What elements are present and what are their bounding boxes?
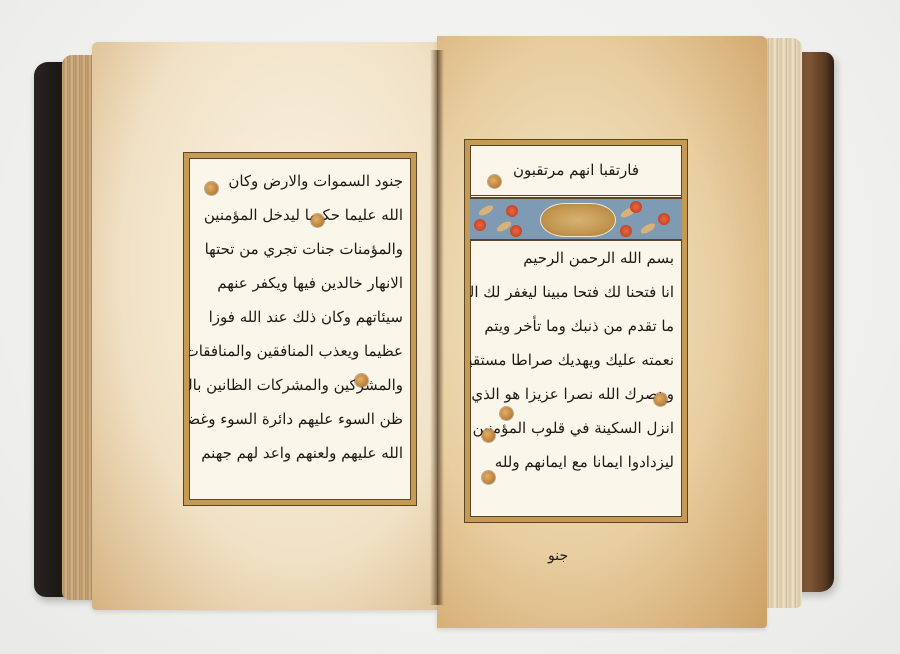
verse-marker-icon — [482, 471, 495, 484]
verse-marker-icon — [205, 182, 218, 195]
flower-ornament — [510, 225, 522, 237]
verse-marker-icon — [654, 393, 667, 406]
verse-marker-icon — [311, 214, 324, 227]
flower-ornament — [620, 225, 632, 237]
flower-ornament — [658, 213, 670, 225]
left-text-block: جنود السموات والارض وكان الله عليما حكيم… — [189, 164, 411, 470]
book-gutter — [430, 50, 444, 605]
text-line: والمشركين والمشركات الظانين بالله — [189, 368, 411, 402]
sura-end-line: فارتقبا انهم مرتقبون — [470, 145, 682, 196]
leaf-ornament — [639, 221, 656, 235]
text-line: عظيما ويعذب المنافقين والمنافقات — [189, 334, 411, 368]
verse-marker-icon — [500, 407, 513, 420]
text-line: ظن السوء عليهم دائرة السوء وغضب — [189, 402, 411, 436]
text-line: الانهار خالدين فيها ويكفر عنهم — [189, 266, 411, 300]
left-text-frame: جنود السموات والارض وكان الله عليما حكيم… — [184, 153, 416, 505]
text-line: والمؤمنات جنات تجري من تحتها — [189, 232, 411, 266]
text-line: انا فتحنا لك فتحا مبينا ليغفر لك الله — [470, 275, 682, 309]
text-line: جنود السموات والارض وكان — [189, 164, 411, 198]
text-line: نعمته عليك ويهديك صراطا مستقيما — [470, 343, 682, 377]
basmala-line: بسم الله الرحمن الرحيم — [470, 241, 682, 275]
text-line: الله عليهم ولعنهم واعد لهم جهنم — [189, 436, 411, 470]
catchword: جنو — [548, 548, 568, 564]
text-line: ما تقدم من ذنبك وما تأخر ويتم — [470, 309, 682, 343]
right-text-frame: فارتقبا انهم مرتقبون بسم الله الرحمن الر… — [465, 140, 687, 522]
flower-ornament — [474, 219, 486, 231]
flower-ornament — [630, 201, 642, 213]
flower-ornament — [506, 205, 518, 217]
leaf-ornament — [477, 203, 494, 217]
verse-marker-icon — [488, 175, 501, 188]
verse-marker-icon — [482, 429, 495, 442]
illuminated-headpiece — [470, 197, 682, 241]
text-line: ليزدادوا ايمانا مع ايمانهم ولله — [470, 445, 682, 479]
text-line: الله عليما حكيما ليدخل المؤمنين — [189, 198, 411, 232]
photo-background: جنود السموات والارض وكان الله عليما حكيم… — [0, 0, 900, 654]
gold-cartouche — [540, 203, 616, 237]
text-line: سيئاتهم وكان ذلك عند الله فوزا — [189, 300, 411, 334]
right-text-block: بسم الله الرحمن الرحيم انا فتحنا لك فتحا… — [470, 241, 682, 479]
text-line: وينصرك الله نصرا عزيزا هو الذي — [470, 377, 682, 411]
verse-marker-icon — [355, 374, 368, 387]
